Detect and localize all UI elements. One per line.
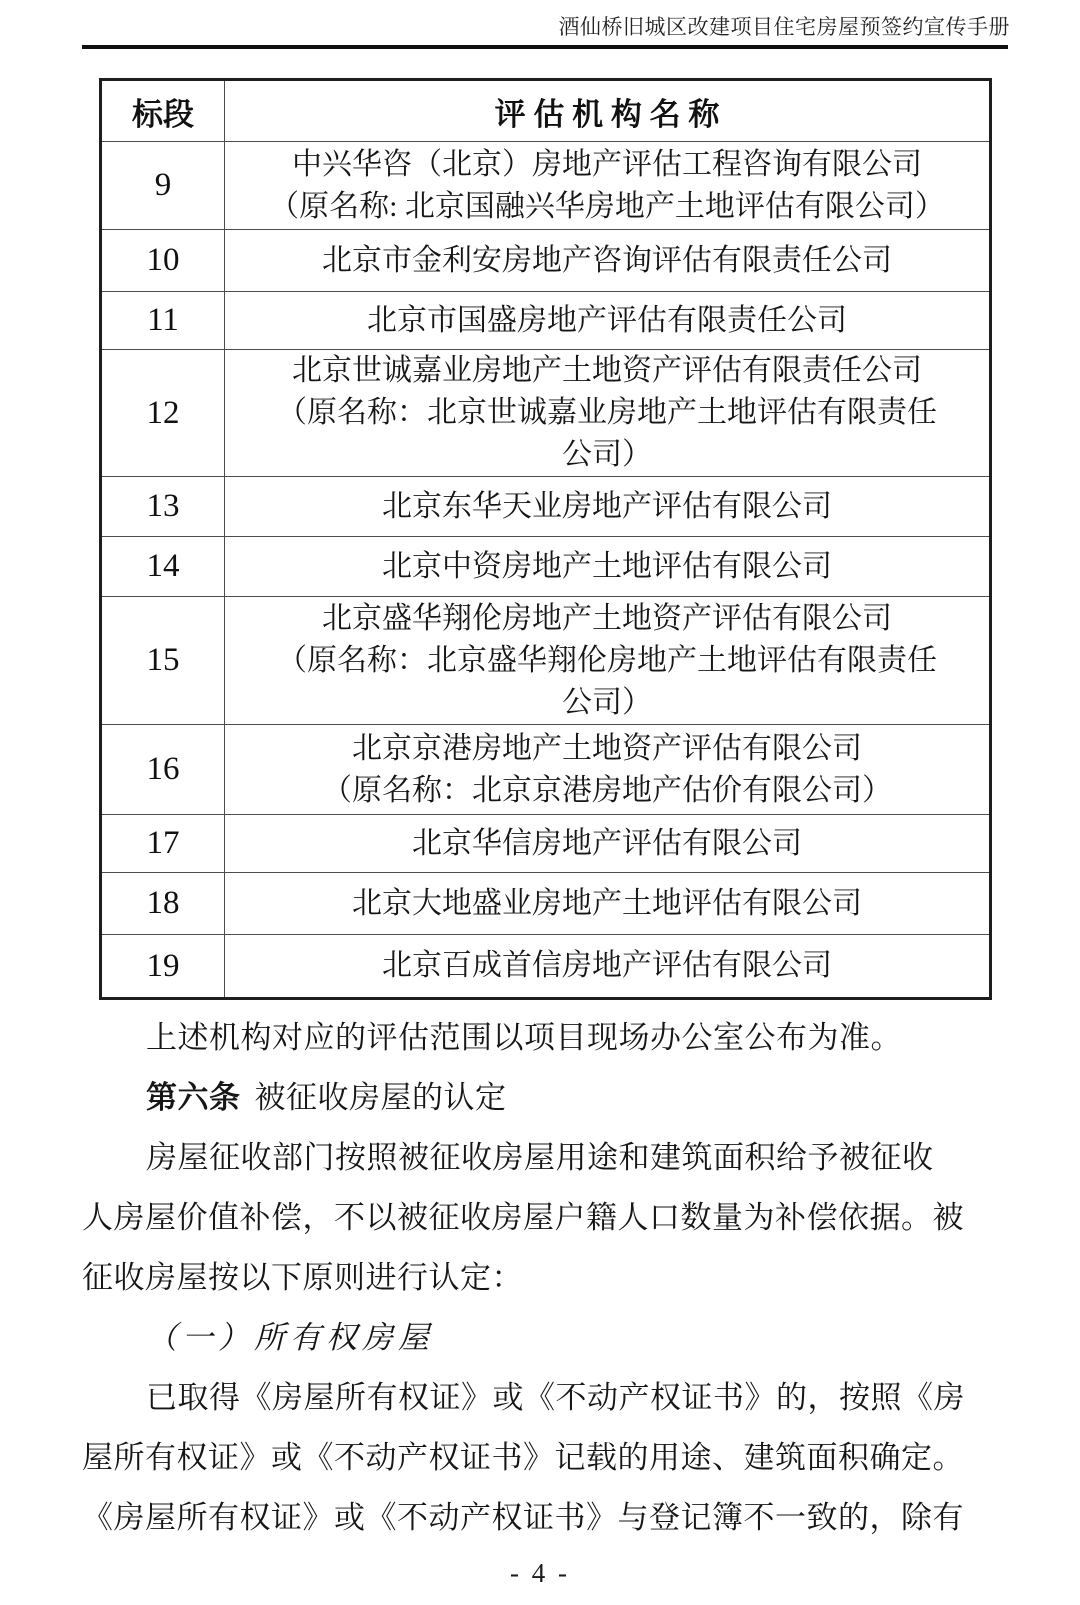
section-number: 16 <box>101 725 225 815</box>
agency-former-name-line: （原名称: 北京国融兴华房地产土地评估有限公司） <box>225 186 989 228</box>
section-number: 13 <box>101 477 225 537</box>
agency-former-name-line2: 公司） <box>225 682 989 724</box>
article-heading: 第六条被征收房屋的认定 <box>82 1068 1008 1128</box>
agency-name-cell: 北京中资房地产土地评估有限公司 <box>225 537 991 597</box>
agency-name-line: 北京东华天业房地产评估有限公司 <box>225 486 989 528</box>
agency-name-cell: 北京盛华翔伦房地产土地资产评估有限公司 （原名称：北京盛华翔伦房地产土地评估有限… <box>225 597 991 725</box>
agency-name-line: 北京世诚嘉业房地产土地资产评估有限责任公司 <box>225 350 989 392</box>
agency-former-name-line2: 公司） <box>225 434 989 476</box>
section-number: 18 <box>101 873 225 935</box>
agency-former-name-line: （原名称：北京世诚嘉业房地产土地评估有限责任 <box>225 392 989 434</box>
table-header-row: 标段 评 估 机 构 名 称 <box>101 80 991 142</box>
section-number: 11 <box>101 292 225 350</box>
paragraph-line: 房屋征收部门按照被征收房屋用途和建筑面积给予被征收 <box>82 1128 1008 1188</box>
section-number: 19 <box>101 935 225 999</box>
agency-name-cell: 北京世诚嘉业房地产土地资产评估有限责任公司 （原名称：北京世诚嘉业房地产土地评估… <box>225 350 991 477</box>
agency-name-line: 北京大地盛业房地产土地评估有限公司 <box>225 883 989 925</box>
table-row: 13 北京东华天业房地产评估有限公司 <box>101 477 991 537</box>
agency-former-name-line: （原名称：北京京港房地产估价有限公司） <box>225 770 989 812</box>
section-number: 12 <box>101 350 225 477</box>
table-row: 11 北京市国盛房地产评估有限责任公司 <box>101 292 991 350</box>
article-title: 被征收房屋的认定 <box>255 1080 507 1115</box>
agency-former-name-line: （原名称：北京盛华翔伦房地产土地评估有限责任 <box>225 640 989 682</box>
section-number: 17 <box>101 815 225 873</box>
paragraph-line: 屋所有权证》或《不动产权证书》记载的用途、建筑面积确定。 <box>82 1428 1008 1488</box>
agency-name-cell: 北京东华天业房地产评估有限公司 <box>225 477 991 537</box>
agency-name-cell: 北京京港房地产土地资产评估有限公司 （原名称：北京京港房地产估价有限公司） <box>225 725 991 815</box>
agency-name-cell: 北京市金利安房地产咨询评估有限责任公司 <box>225 230 991 292</box>
note-paragraph: 上述机构对应的评估范围以项目现场办公室公布为准。 <box>82 1008 1008 1068</box>
agency-name-line: 北京盛华翔伦房地产土地资产评估有限公司 <box>225 598 989 640</box>
agency-name-cell: 北京百成首信房地产评估有限公司 <box>225 935 991 999</box>
table-row: 10 北京市金利安房地产咨询评估有限责任公司 <box>101 230 991 292</box>
document-header: 酒仙桥旧城区改建项目住宅房屋预签约宣传手册 <box>0 0 1080 49</box>
article-number: 第六条 <box>146 1080 241 1115</box>
section-number: 14 <box>101 537 225 597</box>
section-number: 15 <box>101 597 225 725</box>
subitem-heading: （一）所有权房屋 <box>82 1308 1008 1368</box>
body-text: 上述机构对应的评估范围以项目现场办公室公布为准。 第六条被征收房屋的认定 房屋征… <box>82 1008 1008 1548</box>
table-row: 14 北京中资房地产土地评估有限公司 <box>101 537 991 597</box>
document-page: 酒仙桥旧城区改建项目住宅房屋预签约宣传手册 标段 评 估 机 构 名 称 9 中… <box>0 0 1080 1605</box>
column-header-agency: 评 估 机 构 名 称 <box>225 80 991 142</box>
agency-name-line: 中兴华咨（北京）房地产评估工程咨询有限公司 <box>225 144 989 186</box>
agency-name-line: 北京百成首信房地产评估有限公司 <box>225 945 989 987</box>
paragraph-line: 人房屋价值补偿，不以被征收房屋户籍人口数量为补偿依据。被 <box>82 1188 1008 1248</box>
paragraph-line: 《房屋所有权证》或《不动产权证书》与登记簿不一致的，除有 <box>82 1488 1008 1548</box>
agency-name-cell: 中兴华咨（北京）房地产评估工程咨询有限公司 （原名称: 北京国融兴华房地产土地评… <box>225 142 991 230</box>
table-row: 17 北京华信房地产评估有限公司 <box>101 815 991 873</box>
agency-name-line: 北京市金利安房地产咨询评估有限责任公司 <box>225 240 989 282</box>
header-title: 酒仙桥旧城区改建项目住宅房屋预签约宣传手册 <box>0 15 1080 40</box>
table-row: 12 北京世诚嘉业房地产土地资产评估有限责任公司 （原名称：北京世诚嘉业房地产土… <box>101 350 991 477</box>
agency-name-line: 北京中资房地产土地评估有限公司 <box>225 546 989 588</box>
appraisal-agency-table: 标段 评 估 机 构 名 称 9 中兴华咨（北京）房地产评估工程咨询有限公司 （… <box>99 78 992 1000</box>
table-row: 16 北京京港房地产土地资产评估有限公司 （原名称：北京京港房地产估价有限公司） <box>101 725 991 815</box>
agency-name-cell: 北京市国盛房地产评估有限责任公司 <box>225 292 991 350</box>
agency-name-line: 北京华信房地产评估有限公司 <box>225 823 989 865</box>
column-header-section: 标段 <box>101 80 225 142</box>
agency-name-line: 北京市国盛房地产评估有限责任公司 <box>225 300 989 342</box>
table-row: 18 北京大地盛业房地产土地评估有限公司 <box>101 873 991 935</box>
paragraph-line: 已取得《房屋所有权证》或《不动产权证书》的，按照《房 <box>82 1368 1008 1428</box>
table-row: 19 北京百成首信房地产评估有限公司 <box>101 935 991 999</box>
agency-name-cell: 北京华信房地产评估有限公司 <box>225 815 991 873</box>
section-number: 10 <box>101 230 225 292</box>
header-rule <box>82 45 1008 49</box>
paragraph-line: 征收房屋按以下原则进行认定： <box>82 1248 1008 1308</box>
page-number: - 4 - <box>0 1558 1080 1589</box>
table-row: 15 北京盛华翔伦房地产土地资产评估有限公司 （原名称：北京盛华翔伦房地产土地评… <box>101 597 991 725</box>
agency-name-cell: 北京大地盛业房地产土地评估有限公司 <box>225 873 991 935</box>
section-number: 9 <box>101 142 225 230</box>
table-row: 9 中兴华咨（北京）房地产评估工程咨询有限公司 （原名称: 北京国融兴华房地产土… <box>101 142 991 230</box>
agency-name-line: 北京京港房地产土地资产评估有限公司 <box>225 728 989 770</box>
